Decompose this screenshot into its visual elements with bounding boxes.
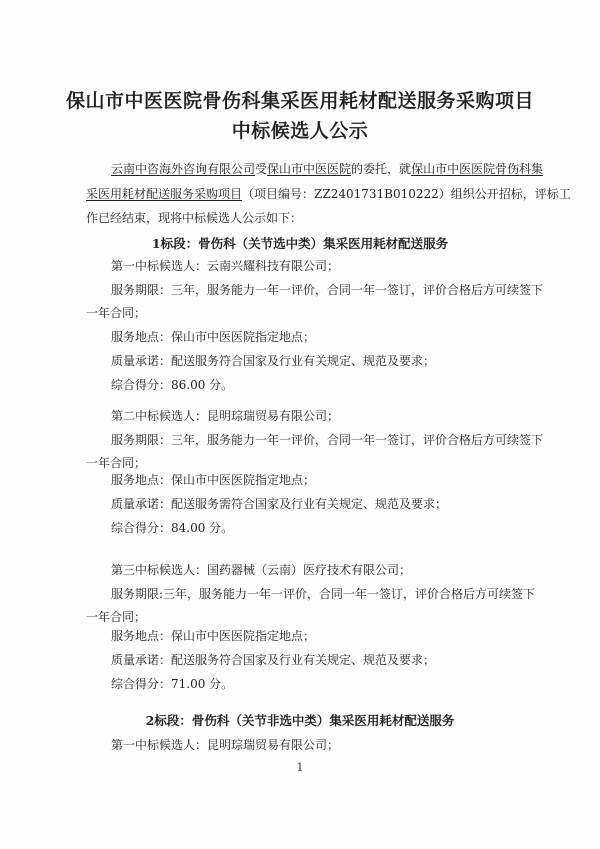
lot1-candidate1-name: 第一中标候选人：云南兴耀科技有限公司； [111,258,551,274]
quality-label: 质量承诺： [111,497,171,511]
lot1-candidate2-term-cont: 一年合同； [86,455,526,471]
document-title-line2: 中标候选人公示 [0,116,600,143]
quality-label: 质量承诺： [111,354,171,368]
quality-text: 配送服务需符合国家及行业有关规定、规范及要求； [171,497,447,511]
score-label: 综合得分： [111,677,171,691]
lot1-candidate2-location: 服务地点：保山市中医医院指定地点； [111,472,551,488]
quality-label: 质量承诺： [111,653,171,667]
company-name: 云南兴耀科技有限公司； [207,259,339,273]
lot1-candidate3-name: 第三中标候选人：国药器械（云南）医疗技术有限公司； [111,562,551,578]
term-label: 服务期限： [111,283,171,297]
lot2-candidate1-name: 第一中标候选人：昆明琮瑞贸易有限公司； [111,737,551,753]
intro-line3: 作已经结束，现将中标候选人公示如下： [86,210,526,226]
project-name-part1: 保山市中医医院骨伤科集 [411,162,543,176]
location-label: 服务地点： [111,473,171,487]
agency-name: 云南中咨海外咨询有限公司 [111,162,255,176]
lot1-candidate3-score: 综合得分：71.00 分。 [111,676,551,692]
lot1-candidate1-term: 服务期限：三年，服务能力一年一评价，合同一年一签订，评价合格后方可续签下 [111,282,551,298]
lot2-heading: 2标段：骨伤科（关节非选中类）集采医用耗材配送服务 [0,711,600,729]
document-page: 保山市中医医院骨伤科集采医用耗材配送服务采购项目 中标候选人公示 云南中咨海外咨… [0,0,600,849]
project-name-part2: 采医用耗材配送服务采购项目 [86,187,242,201]
client-name: 保山市中医医院 [267,162,351,176]
intro-text: 受 [255,162,267,176]
lot1-candidate3-term-cont: 一年合同； [86,609,526,625]
score-value: 84.00 分。 [171,521,233,535]
score-value: 86.00 分。 [171,378,233,392]
document-title-line1: 保山市中医医院骨伤科集采医用耗材配送服务采购项目 [0,86,600,113]
lot1-candidate3-location: 服务地点：保山市中医医院指定地点； [111,628,551,644]
location-text: 保山市中医医院指定地点； [171,473,315,487]
location-text: 保山市中医医院指定地点； [171,629,315,643]
location-label: 服务地点： [111,330,171,344]
lot1-candidate2-quality: 质量承诺：配送服务需符合国家及行业有关规定、规范及要求； [111,496,551,512]
lot1-candidate1-term-cont: 一年合同； [86,305,526,321]
rank-label: 第一中标候选人： [111,259,207,273]
lot1-candidate2-score: 综合得分：84.00 分。 [111,520,551,536]
intro-line2: 采医用耗材配送服务采购项目（项目编号：ZZ2401731B010222）组织公开… [86,186,526,202]
quality-text: 配送服务符合国家及行业有关规定、规范及要求； [171,653,435,667]
company-name: 昆明琮瑞贸易有限公司； [207,409,339,423]
lot1-candidate3-quality: 质量承诺：配送服务符合国家及行业有关规定、规范及要求； [111,652,551,668]
rank-label: 第三中标候选人： [111,563,207,577]
location-text: 保山市中医医院指定地点； [171,330,315,344]
lot1-candidate1-quality: 质量承诺：配送服务符合国家及行业有关规定、规范及要求； [111,353,551,369]
intro-line1: 云南中咨海外咨询有限公司受保山市中医医院的委托，就保山市中医医院骨伤科集 [111,161,551,177]
term-label: 服务期限: [111,587,163,601]
company-name: 昆明琮瑞贸易有限公司； [207,738,339,752]
lot1-candidate1-location: 服务地点：保山市中医医院指定地点； [111,329,551,345]
company-name: 国药器械（云南）医疗技术有限公司； [207,563,411,577]
quality-text: 配送服务符合国家及行业有关规定、规范及要求； [171,354,435,368]
lot1-candidate3-term: 服务期限:三年，服务能力一年一评价，合同一年一签订，评价合格后方可续签下 [111,586,551,602]
score-value: 71.00 分。 [171,677,233,691]
term-text: 三年，服务能力一年一评价，合同一年一签订，评价合格后方可续签下 [171,283,543,297]
lot1-candidate2-term: 服务期限：三年，服务能力一年一评价，合同一年一签订，评价合格后方可续签下 [111,432,551,448]
page-number: 1 [0,761,600,774]
score-label: 综合得分： [111,521,171,535]
lot1-candidate1-score: 综合得分：86.00 分。 [111,377,551,393]
rank-label: 第二中标候选人： [111,409,207,423]
lot1-heading: 1标段：骨伤科（关节选中类）集采医用耗材配送服务 [0,234,600,252]
intro-text: 的委托，就 [351,162,411,176]
project-number-text: （项目编号：ZZ2401731B010222）组织公开招标，评标工 [242,187,571,201]
location-label: 服务地点： [111,629,171,643]
rank-label: 第一中标候选人： [111,738,207,752]
term-text: 三年，服务能力一年一评价，合同一年一签订，评价合格后方可续签下 [171,433,543,447]
term-label: 服务期限： [111,433,171,447]
score-label: 综合得分： [111,378,171,392]
term-text: 三年，服务能力一年一评价，合同一年一签订，评价合格后方可续签下 [163,587,535,601]
lot1-candidate2-name: 第二中标候选人：昆明琮瑞贸易有限公司； [111,408,551,424]
